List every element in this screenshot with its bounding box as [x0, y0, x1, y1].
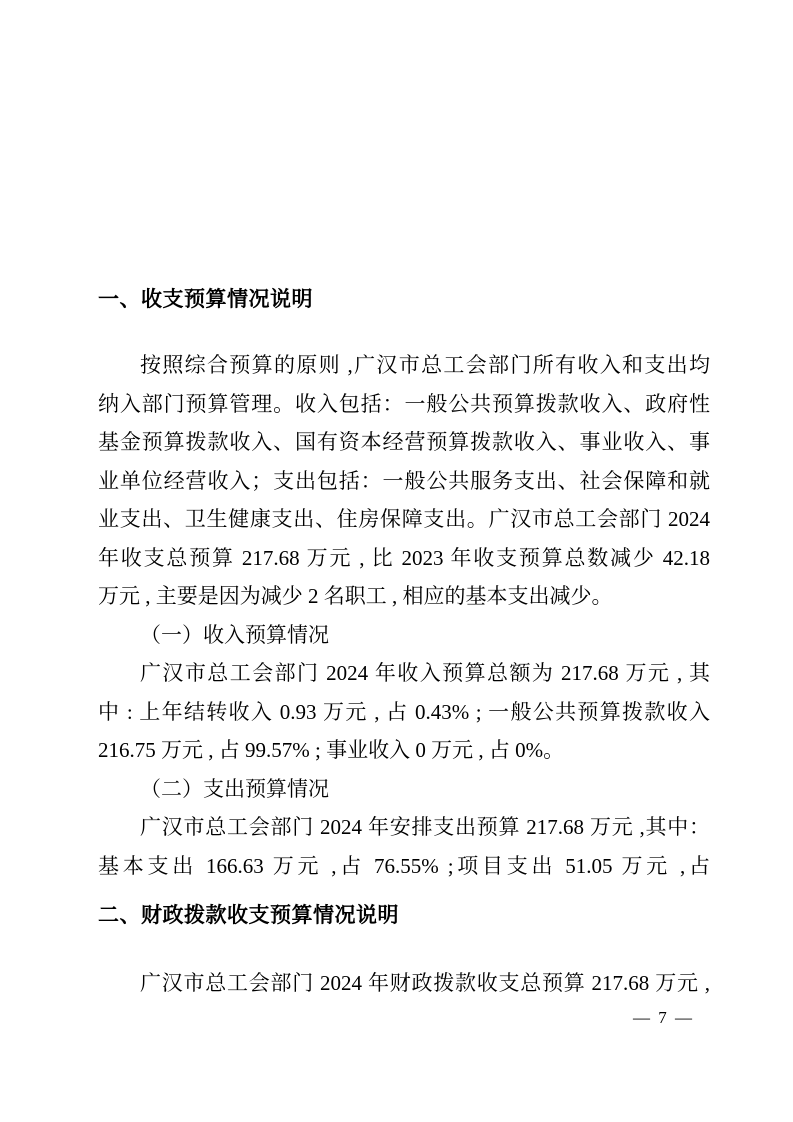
text-line: 中 : 上年结转收入 0.93 万元 , 占 0.43% ; 一般公共预算拨款收… — [98, 693, 710, 732]
paragraph-1: 按照综合预算的原则 ,广汉市总工会部门所有收入和支出均 纳入部门预算管理。收入包… — [98, 346, 710, 616]
paragraph-4: 广汉市总工会部门 2024 年财政拨款收支总预算 217.68 万元 , — [98, 964, 710, 1003]
sub-heading-income: （一）收入预算情况 — [98, 616, 710, 655]
sub-heading-expenditure: （二）支出预算情况 — [98, 770, 710, 809]
text-line: 基金预算拨款收入、国有资本经营预算拨款收入、事业收入、事 — [98, 423, 710, 462]
text-line: 按照综合预算的原则 ,广汉市总工会部门所有收入和支出均 — [98, 346, 710, 385]
text-line: 广汉市总工会部门 2024 年财政拨款收支总预算 217.68 万元 , — [98, 964, 710, 1003]
text-line: 年收支总预算 217.68 万元 , 比 2023 年收支预算总数减少 42.1… — [98, 539, 710, 578]
document-page: 一、收支预算情况说明 按照综合预算的原则 ,广汉市总工会部门所有收入和支出均 纳… — [0, 0, 793, 1122]
text-line: 业单位经营收入；支出包括：一般公共服务支出、社会保障和就 — [98, 462, 710, 501]
section-2-heading: 二、财政拨款收支预算情况说明 — [98, 901, 710, 931]
text-line: 业支出、卫生健康支出、住房保障支出。广汉市总工会部门 2024 — [98, 500, 710, 539]
paragraph-3: 广汉市总工会部门 2024 年安排支出预算 217.68 万元 ,其中： 基本支… — [98, 808, 710, 885]
text-line: 广汉市总工会部门 2024 年收入预算总额为 217.68 万元 , 其 — [98, 654, 710, 693]
text-line: 万元 , 主要是因为减少 2 名职工 , 相应的基本支出减少。 — [98, 577, 710, 616]
text-line: 纳入部门预算管理。收入包括：一般公共预算拨款收入、政府性 — [98, 385, 710, 424]
section-1-heading: 一、收支预算情况说明 — [98, 285, 710, 315]
text-line: 广汉市总工会部门 2024 年安排支出预算 217.68 万元 ,其中： — [98, 808, 710, 847]
text-line: 基本支出 166.63 万元 ,占 76.55% ;项目支出 51.05 万元 … — [98, 847, 710, 886]
page-number: — 7 — — [98, 1005, 710, 1031]
text-line: 216.75 万元 , 占 99.57% ; 事业收入 0 万元 , 占 0%。 — [98, 731, 710, 770]
paragraph-2: 广汉市总工会部门 2024 年收入预算总额为 217.68 万元 , 其 中 :… — [98, 654, 710, 770]
